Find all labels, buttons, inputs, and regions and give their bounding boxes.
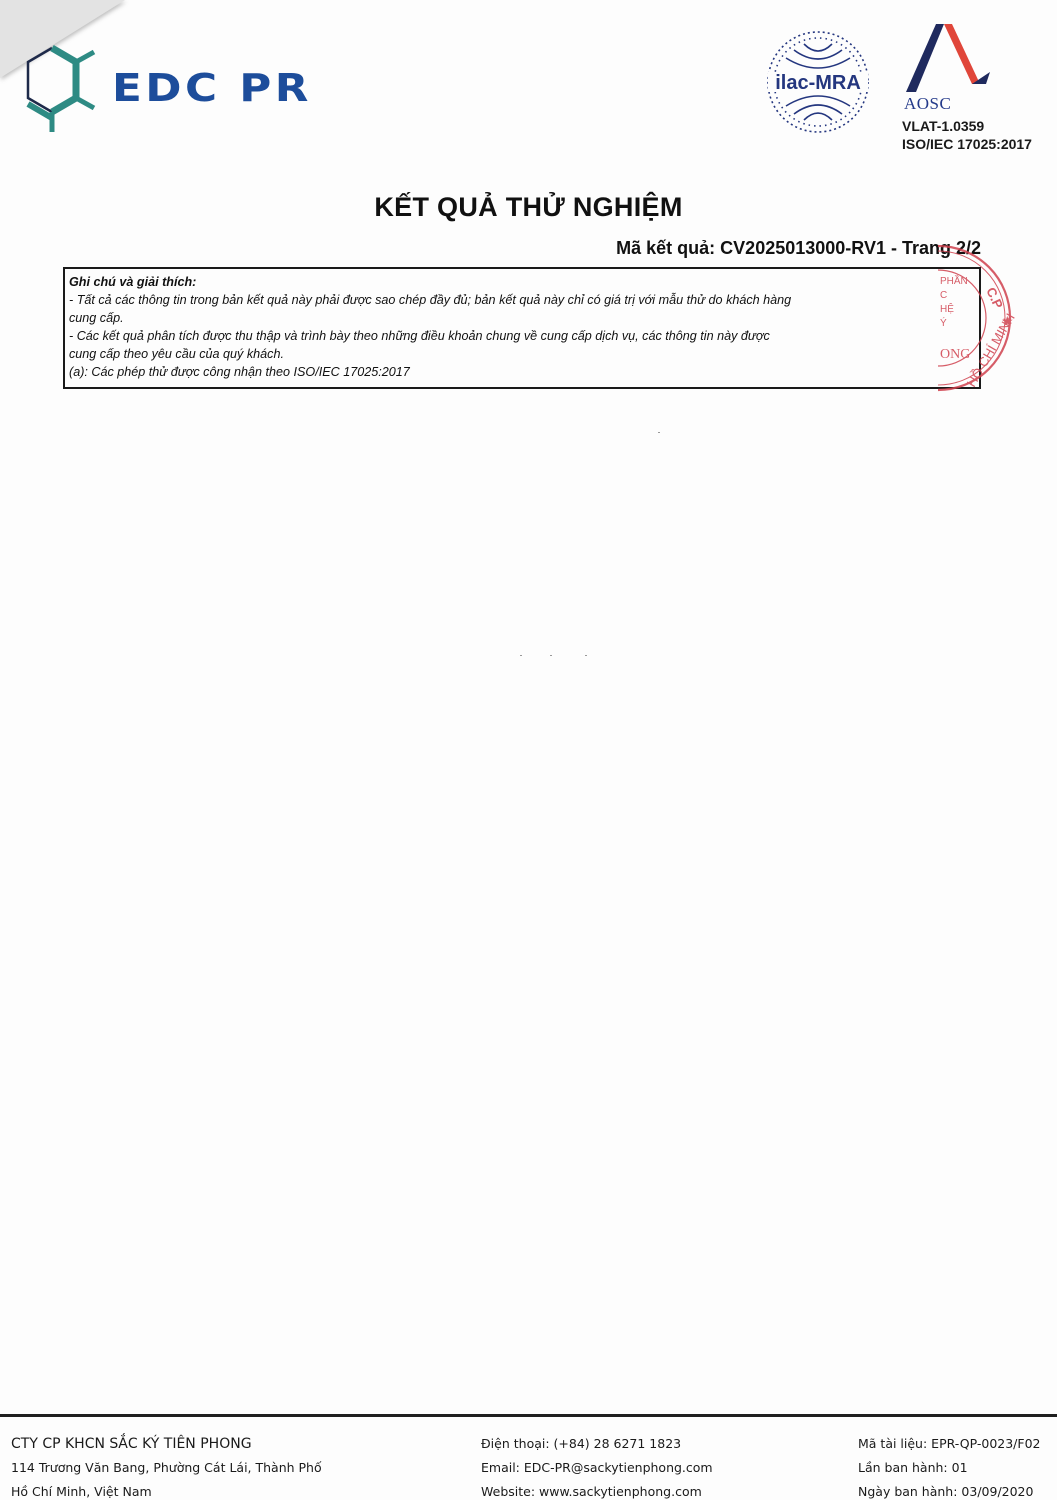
notes-box: Ghi chú và giải thích: - Tất cả các thôn… bbox=[63, 267, 981, 389]
accreditation-marks: ilac-MRA AOSC VLAT-1.0359 ISO/IEC 17025:… bbox=[762, 22, 1052, 142]
aosc-logo-icon bbox=[902, 22, 992, 94]
footer-email: Email: EDC-PR@sackytienphong.com bbox=[481, 1456, 713, 1480]
vlat-code: VLAT-1.0359 bbox=[902, 118, 984, 134]
ilac-mra-seal-icon: ilac-MRA bbox=[764, 28, 872, 136]
notes-line: - Tất cả các thông tin trong bản kết quả… bbox=[69, 291, 975, 309]
notes-line: cung cấp. bbox=[69, 309, 975, 327]
iso-standard: ISO/IEC 17025:2017 bbox=[902, 136, 1032, 152]
footer-divider bbox=[0, 1414, 1057, 1417]
logo-text: EDC PR bbox=[112, 66, 312, 110]
footer-website: Website: www.sackytienphong.com bbox=[481, 1480, 713, 1500]
hexagon-molecule-icon bbox=[18, 38, 98, 138]
ilac-label: ilac-MRA bbox=[775, 72, 861, 94]
document-title: KẾT QUẢ THỬ NGHIỆM bbox=[0, 192, 1057, 223]
footer-company-info: CTY CP KHCN SẮC KÝ TIÊN PHONG 114 Trương… bbox=[11, 1432, 322, 1500]
result-code: Mã kết quả: CV2025013000-RV1 - Trang 2/2 bbox=[616, 238, 981, 259]
footer-contact-info: Điện thoại: (+84) 28 6271 1823 Email: ED… bbox=[481, 1432, 713, 1500]
footer-document-info: Mã tài liệu: EPR-QP-0023/F02 Lần ban hàn… bbox=[858, 1432, 1040, 1500]
footer-phone: Điện thoại: (+84) 28 6271 1823 bbox=[481, 1432, 713, 1456]
footer-doc-code: Mã tài liệu: EPR-QP-0023/F02 bbox=[858, 1432, 1040, 1456]
svg-text:★: ★ bbox=[1001, 313, 1014, 329]
footer-address-line1: 114 Trương Văn Bang, Phường Cát Lái, Thà… bbox=[11, 1456, 322, 1480]
notes-line: - Các kết quả phân tích được thu thập và… bbox=[69, 327, 975, 345]
notes-heading: Ghi chú và giải thích: bbox=[69, 273, 975, 291]
footer-issue-date: Ngày ban hành: 03/09/2020 bbox=[858, 1480, 1040, 1500]
footer-issue-number: Lần ban hành: 01 bbox=[858, 1456, 1040, 1480]
notes-line: (a): Các phép thử được công nhận theo IS… bbox=[69, 363, 975, 381]
company-logo: EDC PR bbox=[18, 38, 286, 138]
footer-company-name: CTY CP KHCN SẮC KÝ TIÊN PHONG bbox=[11, 1432, 322, 1456]
scan-speck bbox=[520, 655, 522, 656]
aosc-label: AOSC bbox=[904, 94, 951, 114]
scan-speck bbox=[550, 655, 552, 656]
footer-address-line2: Hồ Chí Minh, Việt Nam bbox=[11, 1480, 322, 1500]
notes-line: cung cấp theo yêu cầu của quý khách. bbox=[69, 345, 975, 363]
scan-speck bbox=[658, 432, 660, 433]
svg-text:C.P: C.P bbox=[983, 285, 1006, 311]
scan-speck bbox=[585, 655, 587, 656]
